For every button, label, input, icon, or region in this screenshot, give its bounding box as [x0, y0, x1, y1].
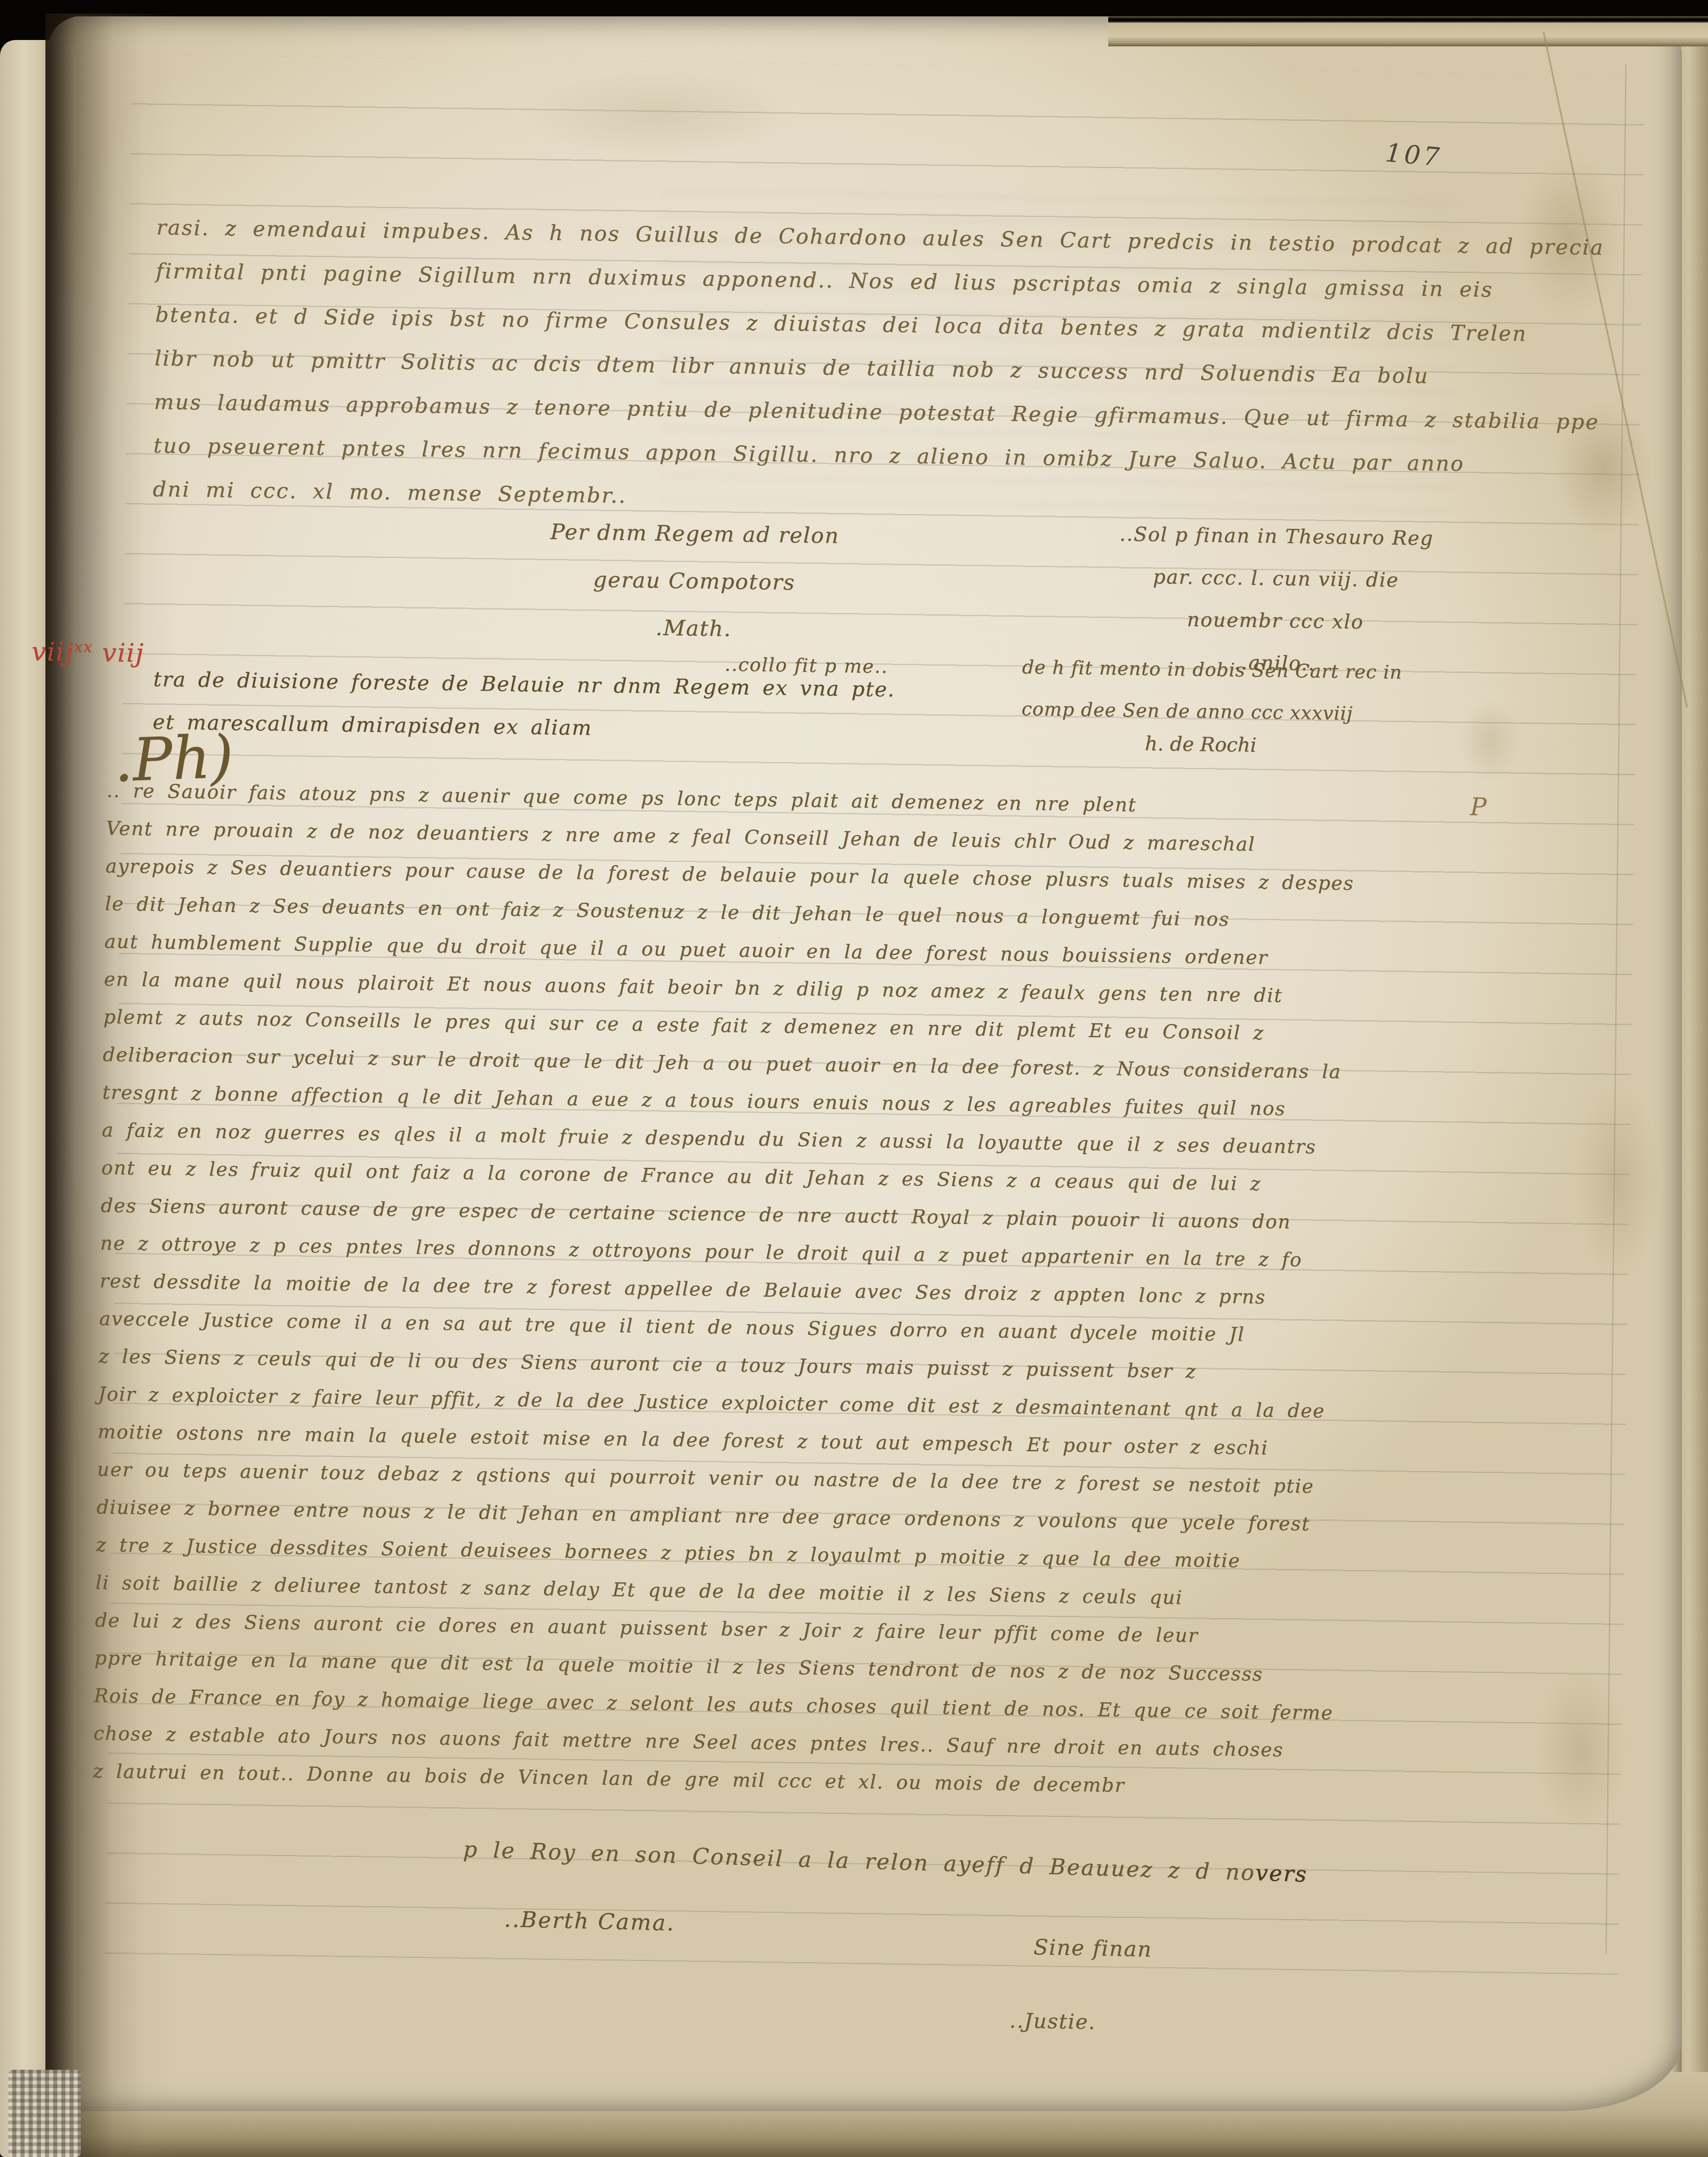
margin-letter: P — [1470, 792, 1487, 822]
text-line: Per dnm Regem ad relon — [508, 508, 881, 560]
text-line: gerau Compotors — [508, 555, 881, 608]
entry-number-rest: viij — [93, 638, 144, 668]
text-line: de h fit mento in dobis Sen Cart rec in — [1022, 646, 1477, 694]
text-line: comp dee Sen de anno ccc xxxviij — [1021, 688, 1476, 736]
headband-weave — [8, 2070, 81, 2157]
text-line: .Math. — [507, 603, 880, 655]
signature-berth: ..Berth Cama. — [504, 1907, 676, 1936]
collation-note: ..collo fit p me.. — [724, 653, 888, 677]
text-line: nouembr ccc xlo — [1057, 597, 1494, 645]
text-line: par. ccc. l. cun viij. die — [1057, 555, 1494, 603]
justie-note: ..Justie. — [1009, 2008, 1096, 2034]
stain — [1559, 1045, 1677, 1318]
memo-signature: h. de Rochi — [1145, 732, 1256, 757]
stain — [1518, 1636, 1645, 1863]
entry-number-sup: xx — [74, 638, 93, 657]
per-regem-note: Per dnm Regem ad relongerau Compotors.Ma… — [507, 508, 881, 655]
signature-fine: Sine finan — [1033, 1935, 1152, 1962]
entry-number-red: viijxx viij — [31, 637, 144, 668]
chancery-memo: de h fit mento in dobis Sen Cart rec inc… — [1021, 646, 1476, 736]
conseil-dark-word: vers — [1255, 1860, 1308, 1887]
text-line: ..Sol p finan in Thesauro Reg — [1058, 513, 1495, 561]
background-strip — [0, 0, 1708, 16]
entry-number-base: viij — [31, 637, 74, 667]
folio-number: 107 — [1384, 138, 1443, 173]
charter-body: .. re Sauoir fais atouz pns z auenir que… — [93, 772, 1429, 1808]
top-latin-block: rasi. z emendaui impubes. As h nos Guill… — [153, 205, 1529, 530]
stain — [477, 55, 841, 173]
book-photo: 107 rasi. z emendaui impubes. As h nos G… — [0, 0, 1708, 2157]
stain — [1536, 373, 1672, 563]
